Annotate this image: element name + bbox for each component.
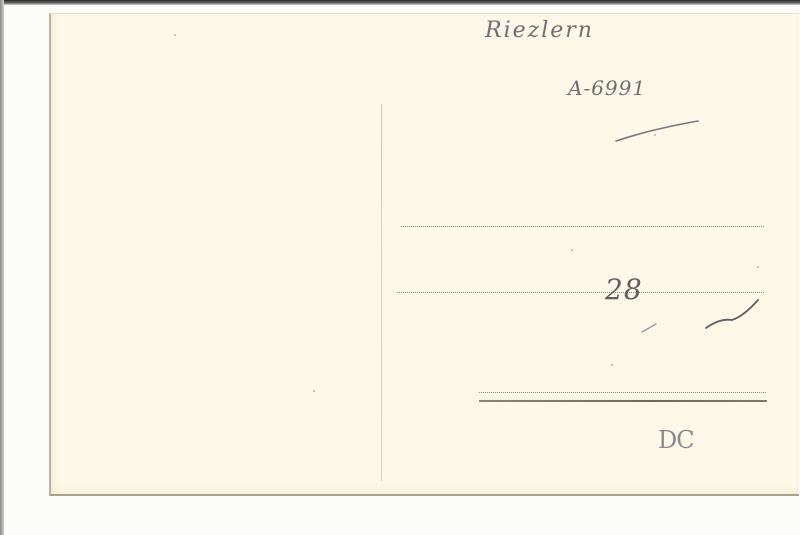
handwritten-price: 28 bbox=[605, 273, 643, 306]
paper-speck bbox=[654, 134, 656, 136]
postcard-scan: Riezlern A-6991 28 DC bbox=[0, 0, 800, 535]
postcard-back bbox=[49, 13, 799, 496]
scan-top-edge bbox=[0, 0, 800, 5]
paper-speck bbox=[611, 364, 613, 366]
paper-speck bbox=[313, 390, 315, 392]
handwritten-initials: DC bbox=[658, 426, 694, 454]
paper-speck bbox=[571, 249, 573, 251]
handwritten-catalog-code: A-6991 bbox=[568, 76, 646, 100]
paper-speck bbox=[757, 266, 759, 268]
scan-left-edge bbox=[0, 0, 4, 535]
address-line-1 bbox=[401, 226, 764, 227]
address-line-3 bbox=[479, 392, 766, 393]
paper-speck bbox=[174, 34, 176, 36]
handwritten-place-name: Riezlern bbox=[485, 18, 594, 43]
address-line-2 bbox=[397, 292, 764, 293]
address-underline bbox=[479, 400, 767, 402]
message-address-divider bbox=[381, 104, 382, 481]
